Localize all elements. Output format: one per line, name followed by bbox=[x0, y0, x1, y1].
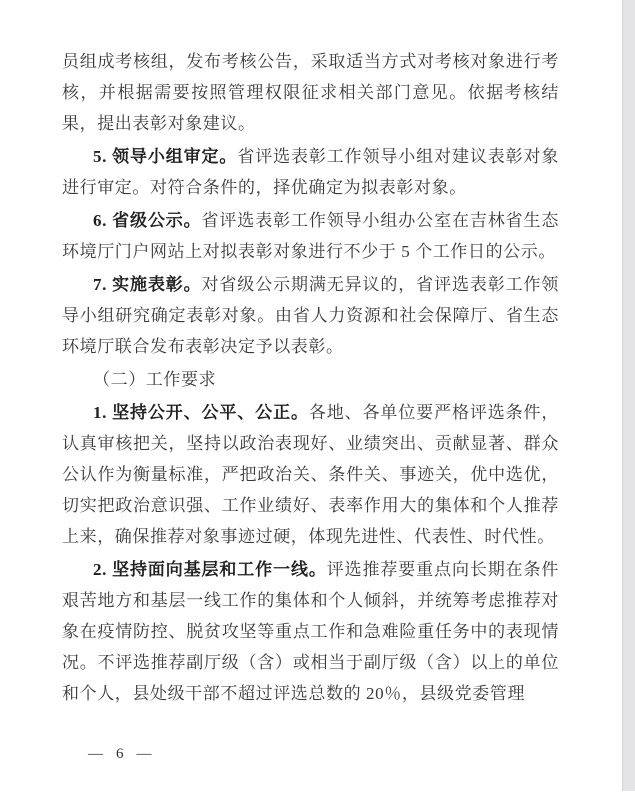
page-number: 6 bbox=[116, 745, 124, 763]
scan-edge-artifact bbox=[622, 0, 635, 791]
paragraph: （二）工作要求 bbox=[62, 364, 559, 395]
paragraph-text: （二）工作要求 bbox=[93, 370, 216, 389]
paragraph: 6. 省级公示。省评选表彰工作领导小组办公室在吉林省生态环境厅门户网站上对拟表彰… bbox=[62, 205, 559, 267]
paragraph-lead: 5. 领导小组审定。 bbox=[93, 147, 237, 166]
document-page: 员组成考核组，发布考核公告，采取适当方式对考核对象进行考核，并根据需要按照管理权… bbox=[0, 0, 635, 799]
paragraph: 7. 实施表彰。对省级公示期满无异议的，省评选表彰工作领导小组研究确定表彰对象。… bbox=[62, 269, 559, 362]
page-footer: — 6 — bbox=[88, 745, 152, 763]
footer-dash-left: — bbox=[88, 745, 103, 763]
paragraph: 员组成考核组，发布考核公告，采取适当方式对考核对象进行考核，并根据需要按照管理权… bbox=[62, 46, 559, 139]
paragraph-lead: 2. 坚持面向基层和工作一线。 bbox=[93, 560, 327, 579]
paragraph-text: 评选推荐要重点向长期在条件艰苦地方和基层一线工作的集体和个人倾斜，并统筹考虑推荐… bbox=[62, 560, 559, 703]
footer-dash-right: — bbox=[137, 745, 152, 763]
paragraph-lead: 7. 实施表彰。 bbox=[93, 275, 202, 294]
paragraph-text: 员组成考核组，发布考核公告，采取适当方式对考核对象进行考核，并根据需要按照管理权… bbox=[62, 52, 559, 133]
document-body: 员组成考核组，发布考核公告，采取适当方式对考核对象进行考核，并根据需要按照管理权… bbox=[62, 46, 559, 711]
paragraph-lead: 6. 省级公示。 bbox=[93, 211, 202, 230]
paragraph: 1. 坚持公开、公平、公正。各地、各单位要严格评选条件，认真审核把关，坚持以政治… bbox=[62, 397, 559, 552]
paragraph: 5. 领导小组审定。省评选表彰工作领导小组对建议表彰对象进行审定。对符合条件的，… bbox=[62, 141, 559, 203]
paragraph-text: 各地、各单位要严格评选条件，认真审核把关，坚持以政治表现好、业绩突出、贡献显著、… bbox=[62, 403, 559, 546]
paragraph: 2. 坚持面向基层和工作一线。评选推荐要重点向长期在条件艰苦地方和基层一线工作的… bbox=[62, 554, 559, 709]
paragraph-lead: 1. 坚持公开、公平、公正。 bbox=[93, 403, 309, 422]
